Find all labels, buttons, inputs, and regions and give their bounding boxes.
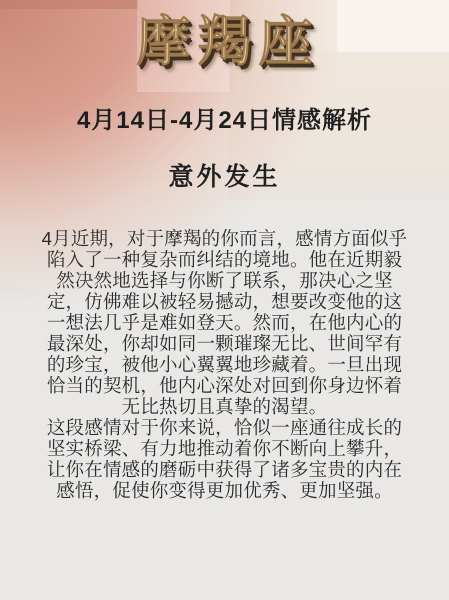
date-range-heading: 4月14日-4月24日情感解析 — [0, 106, 449, 136]
horoscope-poster: 摩羯座 4月14日-4月24日情感解析 意外发生 4月近期，对于摩羯的你而言，感… — [0, 0, 449, 600]
section-heading: 意外发生 — [0, 162, 449, 192]
body-text: 4月近期，对于摩羯的你而言，感情方面似乎 陷入了一种复杂而纠结的境地。他在近期毅… — [32, 228, 417, 501]
page-title: 摩羯座 — [0, 10, 449, 74]
poster-content: 摩羯座 4月14日-4月24日情感解析 意外发生 4月近期，对于摩羯的你而言，感… — [0, 0, 449, 501]
